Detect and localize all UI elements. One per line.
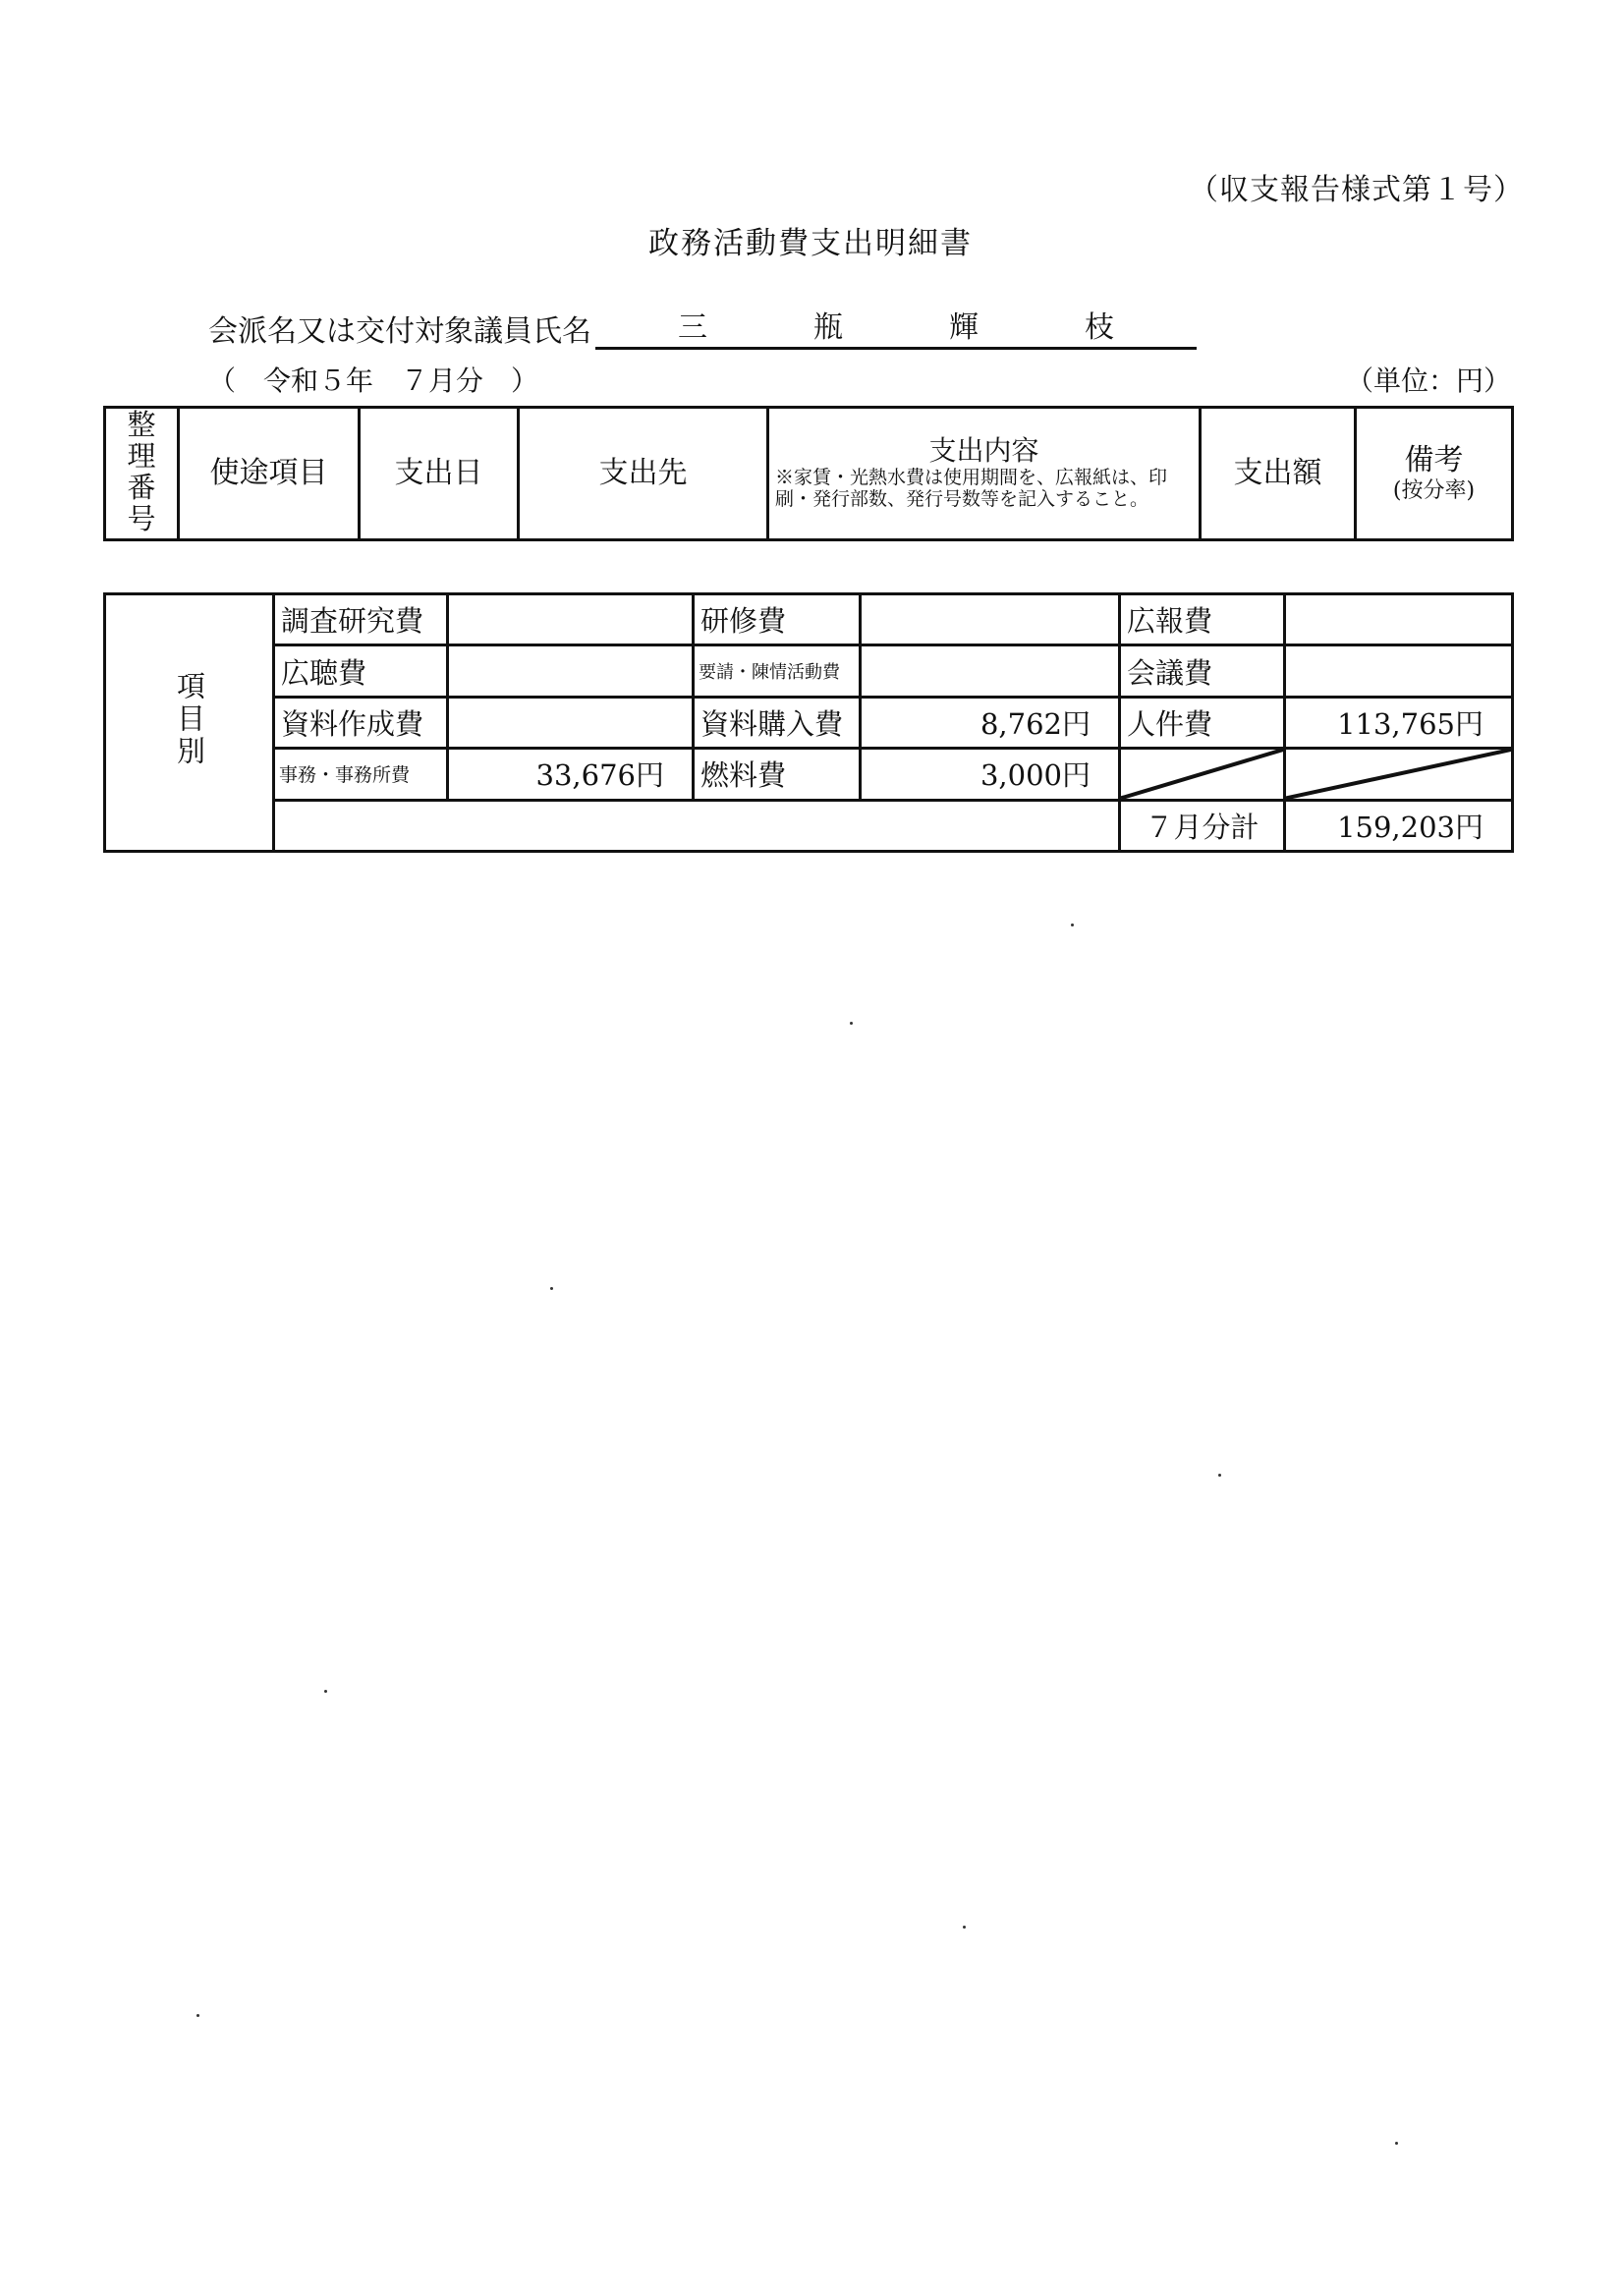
struck-cell <box>1285 749 1513 800</box>
header-remarks-sub: (按分率) <box>1357 478 1511 503</box>
document-title: 政務活動費支出明細書 <box>648 218 973 262</box>
category-amount: 113,765円 <box>1285 697 1513 748</box>
category-side-label: 項目別 <box>105 594 274 852</box>
category-amount <box>1285 645 1513 697</box>
category-label: 研修費 <box>694 594 861 645</box>
scan-speck <box>1395 2142 1398 2145</box>
category-amount <box>448 697 694 748</box>
total-row: ７月分計 159,203円 <box>105 800 1513 851</box>
header-row: 整理番号 使途項目 支出日 支出先 支出内容 ※家賃・光熱水費は使用期間を、広報… <box>105 408 1513 540</box>
scan-speck <box>850 1022 853 1025</box>
category-amount: 3,000円 <box>861 749 1120 800</box>
category-amount <box>448 645 694 697</box>
category-row: 事務・事務所費 33,676円 燃料費 3,000円 <box>105 749 1513 800</box>
category-amount <box>861 645 1120 697</box>
category-label: 調査研究費 <box>274 594 448 645</box>
member-name-char: 枝 <box>1085 310 1114 347</box>
header-content-note: ※家賃・光熱水費は使用期間を、広報紙は、印刷・発行部数、発行号数等を記入すること… <box>775 467 1167 511</box>
scan-speck <box>1071 924 1074 926</box>
reporting-period: （ 令和５年 ７月分 ） <box>208 360 538 399</box>
header-seq: 整理番号 <box>105 408 179 540</box>
category-label: 資料作成費 <box>274 697 448 748</box>
header-amount: 支出額 <box>1201 408 1356 540</box>
form-number: （収支報告様式第１号） <box>1189 165 1524 208</box>
category-row: 広聴費 要請・陳情活動費 会議費 <box>105 645 1513 697</box>
category-label: 広報費 <box>1120 594 1285 645</box>
category-amount <box>448 594 694 645</box>
scan-speck <box>1218 1474 1221 1477</box>
category-amount <box>861 594 1120 645</box>
header-purpose: 使途項目 <box>179 408 360 540</box>
scan-speck <box>324 1690 327 1693</box>
category-label: 燃料費 <box>694 749 861 800</box>
unit-label: （単位：円） <box>1346 360 1511 399</box>
category-label: 広聴費 <box>274 645 448 697</box>
category-amount: 8,762円 <box>861 697 1120 748</box>
scan-speck <box>196 2014 199 2017</box>
total-amount: 159,203円 <box>1285 800 1513 851</box>
expense-header-table: 整理番号 使途項目 支出日 支出先 支出内容 ※家賃・光熱水費は使用期間を、広報… <box>103 406 1514 541</box>
member-name-row: 会派名又は交付対象議員氏名 三 瓶 輝 枝 <box>208 307 1197 350</box>
member-name-char: 三 <box>678 310 707 347</box>
header-payee: 支出先 <box>519 408 768 540</box>
header-content-title: 支出内容 <box>775 436 1193 467</box>
category-label: 人件費 <box>1120 697 1285 748</box>
member-name-char: 瓶 <box>813 310 843 347</box>
scan-speck <box>963 1926 966 1929</box>
category-label: 要請・陳情活動費 <box>694 645 861 697</box>
total-blank <box>274 800 1120 851</box>
header-content: 支出内容 ※家賃・光熱水費は使用期間を、広報紙は、印刷・発行部数、発行号数等を記… <box>768 408 1201 540</box>
category-label: 会議費 <box>1120 645 1285 697</box>
category-summary-table: 項目別 調査研究費 研修費 広報費 広聴費 要請・陳情活動費 会議費 資料作成費… <box>103 592 1514 853</box>
header-remarks-title: 備考 <box>1405 443 1464 477</box>
category-amount <box>1285 594 1513 645</box>
category-row: 資料作成費 資料購入費 8,762円 人件費 113,765円 <box>105 697 1513 748</box>
category-amount: 33,676円 <box>448 749 694 800</box>
category-label: 事務・事務所費 <box>274 749 448 800</box>
member-name-char: 輝 <box>949 310 979 347</box>
struck-cell <box>1120 749 1285 800</box>
total-label: ７月分計 <box>1120 800 1285 851</box>
scan-speck <box>550 1287 553 1290</box>
category-label: 資料購入費 <box>694 697 861 748</box>
member-name-label: 会派名又は交付対象議員氏名 <box>208 307 591 350</box>
category-row: 項目別 調査研究費 研修費 広報費 <box>105 594 1513 645</box>
header-date: 支出日 <box>360 408 519 540</box>
header-remarks: 備考 (按分率) <box>1356 408 1513 540</box>
member-name-field: 三 瓶 輝 枝 <box>595 310 1197 350</box>
